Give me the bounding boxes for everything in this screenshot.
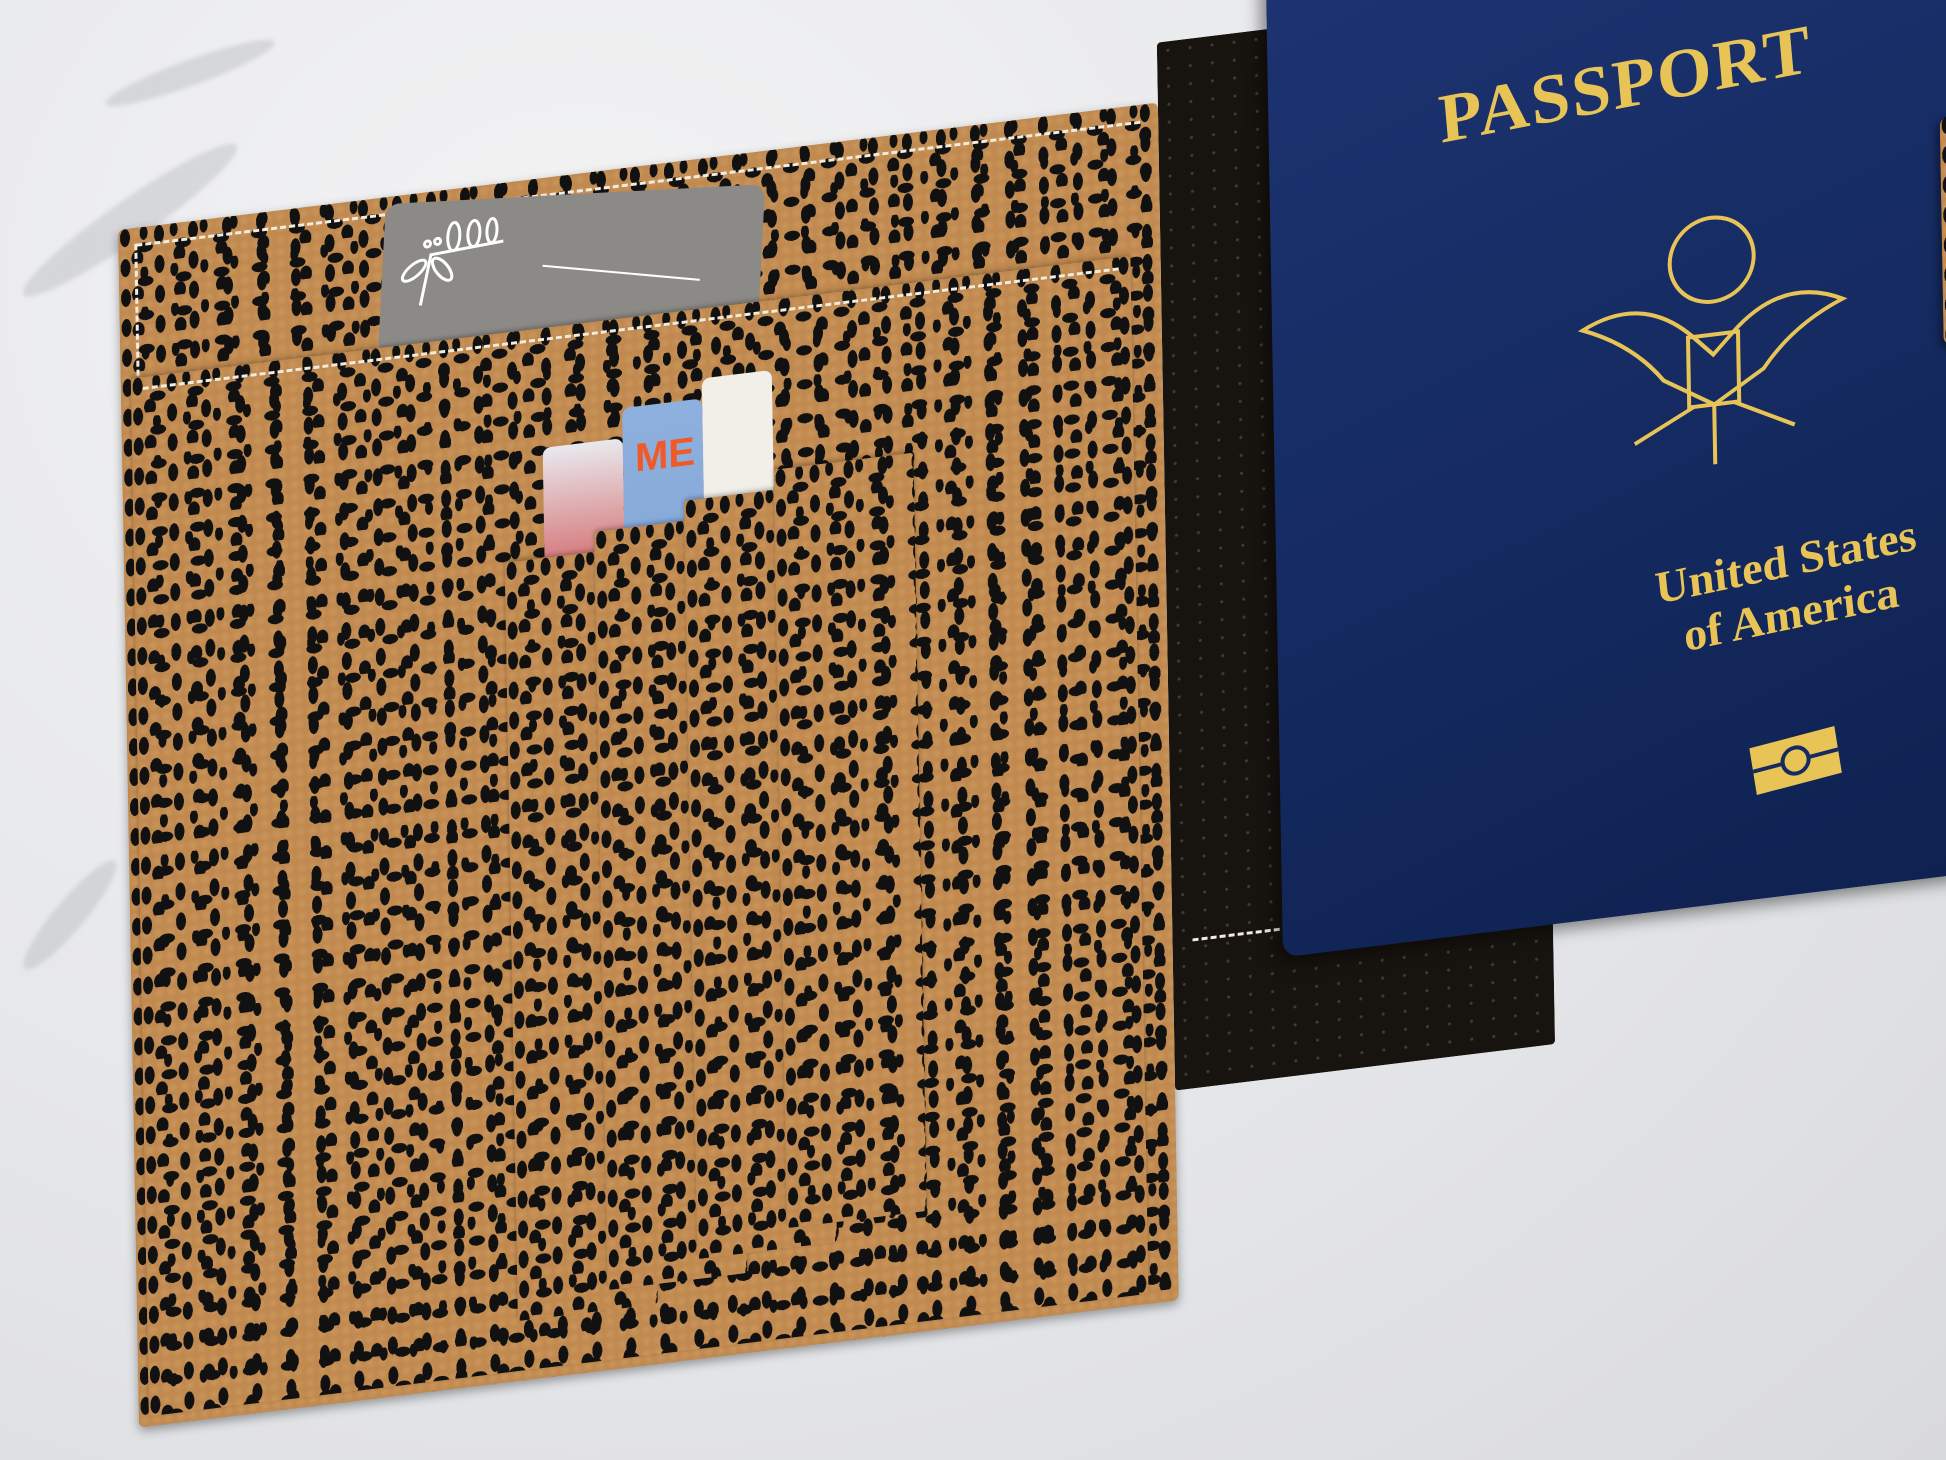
- card-logo-fragment: ME: [635, 429, 696, 481]
- floral-sprig-icon: [390, 215, 515, 312]
- card-slot-4[interactable]: [773, 453, 926, 1229]
- marble-vein: [101, 30, 279, 116]
- passport-title: PASSPORT: [1436, 10, 1816, 161]
- marble-vein: [14, 852, 127, 979]
- gift-card-line: [542, 265, 699, 281]
- country-name: United States of America: [1653, 509, 1925, 668]
- passport[interactable]: PASSPORT United States of America: [1266, 0, 1946, 957]
- eagle-seal-icon: [1561, 186, 1866, 502]
- biometric-chip-icon: [1747, 724, 1844, 798]
- passport-wallet: ME RD ® PASSPORT United States of Americ…: [118, 5, 1946, 1460]
